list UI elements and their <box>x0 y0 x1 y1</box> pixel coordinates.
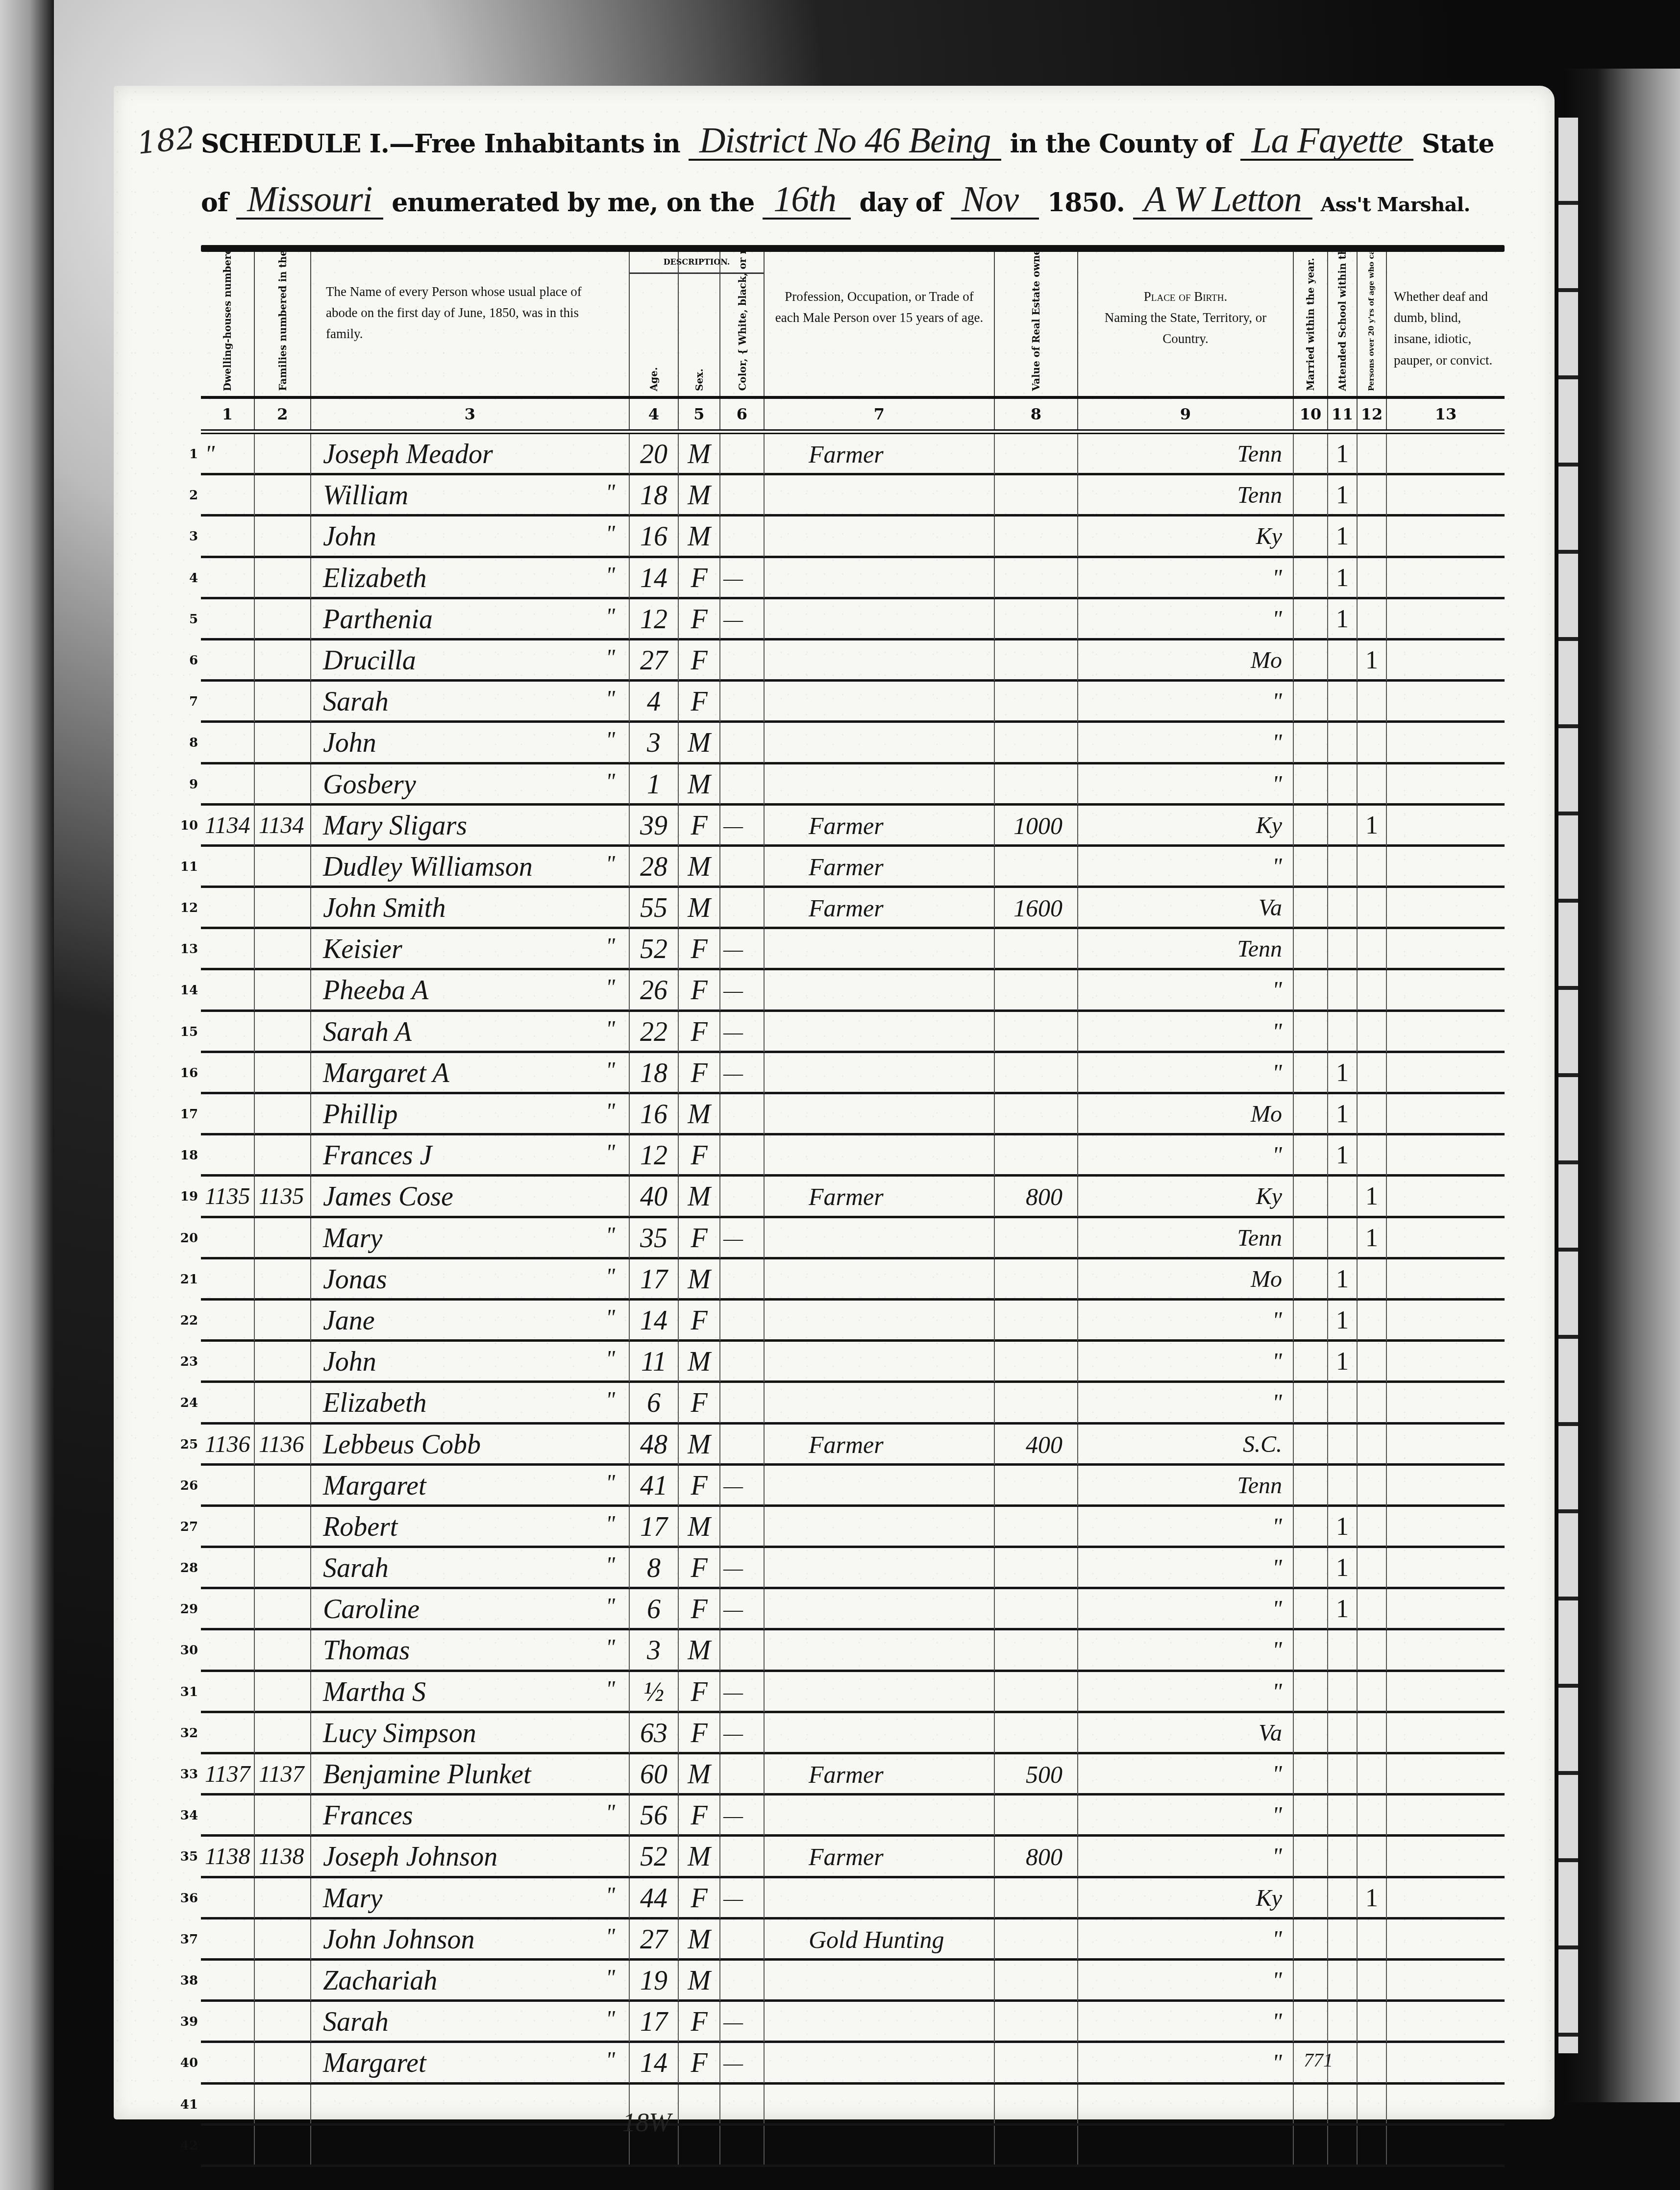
sex-cell: F <box>679 558 720 598</box>
family-cell <box>255 1094 311 1134</box>
real-estate-cell <box>995 2043 1078 2083</box>
table-row: 27 Robert" 17 M " 1 <box>201 1507 1505 1548</box>
occupation-cell <box>765 2043 995 2083</box>
name-cell: Margaret" <box>311 2043 630 2083</box>
color-cell: — <box>720 2043 765 2083</box>
line-number: 9 <box>178 764 198 805</box>
birthplace-cell: " <box>1078 1961 1294 2001</box>
illiterate-cell <box>1358 1961 1387 2001</box>
sex-cell: F <box>679 1218 720 1258</box>
married-cell <box>1294 1301 1328 1341</box>
ditto-mark: " <box>606 1050 615 1090</box>
school-cell <box>1328 1837 1358 1877</box>
school-cell <box>1328 1961 1358 2001</box>
married-cell <box>1294 847 1328 887</box>
dwelling-cell: 14 <box>201 970 255 1010</box>
table-row: 15 Sarah A" 22 F — " <box>201 1012 1505 1053</box>
header-illiterate: Persons over 20 y'rs of age who cannot r… <box>1358 252 1387 396</box>
col-num: 3 <box>311 399 630 429</box>
person-name: Zachariah <box>323 1966 437 1996</box>
birthplace-cell <box>1078 2085 1294 2123</box>
age-cell: 4 <box>630 682 679 722</box>
color-cell: — <box>720 929 765 969</box>
school-cell <box>1328 2126 1358 2165</box>
col-num: 8 <box>995 399 1078 429</box>
school-cell: 1 <box>1328 1135 1358 1176</box>
name-cell: Mary" <box>311 1218 630 1258</box>
sex-cell: F <box>679 1589 720 1629</box>
table-row: 13 Keisier" 52 F — Tenn <box>201 929 1505 970</box>
family-cell <box>255 434 311 474</box>
color-cell <box>720 2126 765 2165</box>
header-description: DESCRIPTION. Age. Sex. Color, { White, b… <box>630 252 765 396</box>
name-cell: Gosbery" <box>311 764 630 805</box>
family-cell <box>255 1342 311 1382</box>
sex-cell: M <box>679 847 720 887</box>
dwelling-cell: 251136 <box>201 1425 255 1465</box>
disability-cell <box>1387 1548 1505 1588</box>
school-cell <box>1328 640 1358 681</box>
disability-cell <box>1387 847 1505 887</box>
age-cell: 39 <box>630 806 679 846</box>
birthplace-cell: " <box>1078 1053 1294 1093</box>
family-cell <box>255 1589 311 1629</box>
month-field: Nov <box>951 181 1039 220</box>
disability-cell <box>1387 640 1505 681</box>
col-num: 12 <box>1358 399 1387 429</box>
line-number: 33 <box>178 1754 198 1795</box>
family-cell <box>255 1878 311 1919</box>
table-row: 41 <box>201 2085 1505 2126</box>
table-row: 12 John Smith 55 M Farmer 1600 Va <box>201 888 1505 929</box>
color-cell: — <box>720 2002 765 2042</box>
header-school: Attended School within the year. <box>1328 252 1358 396</box>
person-name: Margaret <box>323 2048 426 2078</box>
occupation-cell <box>765 475 995 516</box>
age-cell: 60 <box>630 1754 679 1795</box>
table-row: 4 Elizabeth" 14 F — " 1 <box>201 558 1505 599</box>
school-cell: 1 <box>1328 1507 1358 1547</box>
occupation-cell: Farmer <box>765 806 995 846</box>
marshal-title: Ass't Marshal. <box>1321 193 1470 216</box>
color-cell <box>720 475 765 516</box>
color-cell <box>720 1301 765 1341</box>
birthplace-cell: " <box>1078 1754 1294 1795</box>
dwelling-cell: 37 <box>201 1919 255 1960</box>
married-cell <box>1294 1507 1328 1547</box>
color-cell <box>720 1507 765 1547</box>
married-cell <box>1294 434 1328 474</box>
table-row: 17 Phillip" 16 M Mo 1 <box>201 1094 1505 1135</box>
illiterate-cell <box>1358 1466 1387 1506</box>
ditto-mark: " <box>606 1215 615 1255</box>
birthplace-cell: Ky <box>1078 806 1294 846</box>
line-number: 19 <box>178 1177 198 1217</box>
name-cell: Drucilla" <box>311 640 630 681</box>
name-cell: Parthenia" <box>311 599 630 640</box>
age-cell: 56 <box>630 1796 679 1836</box>
dwelling-cell: 28 <box>201 1548 255 1588</box>
age-cell: 52 <box>630 1837 679 1877</box>
table-header: Dwelling-houses numbered in the order of… <box>201 252 1505 399</box>
disability-cell <box>1387 806 1505 846</box>
birthplace-title: Place of Birth. <box>1085 286 1286 307</box>
illiterate-cell <box>1358 1796 1387 1836</box>
table-row: 23 John" 11 M " 1 <box>201 1342 1505 1383</box>
name-cell: John" <box>311 723 630 763</box>
name-cell: Joseph Johnson <box>311 1837 630 1877</box>
real-estate-cell <box>995 1919 1078 1960</box>
married-cell <box>1294 682 1328 722</box>
sex-cell <box>679 2085 720 2123</box>
enumerated-label: enumerated by me, on the <box>392 188 754 218</box>
married-cell <box>1294 1713 1328 1753</box>
school-cell: 1 <box>1328 1094 1358 1134</box>
married-cell <box>1294 1342 1328 1382</box>
person-name: Dudley Williamson <box>323 852 533 882</box>
school-cell <box>1328 1630 1358 1671</box>
color-cell <box>720 1135 765 1176</box>
school-cell <box>1328 970 1358 1010</box>
illiterate-cell <box>1358 1713 1387 1753</box>
sex-cell: F <box>679 1878 720 1919</box>
illiterate-cell <box>1358 1672 1387 1712</box>
name-cell: Thomas" <box>311 1630 630 1671</box>
line-number: 24 <box>178 1383 198 1423</box>
name-cell: Frances" <box>311 1796 630 1836</box>
schedule-label: SCHEDULE I.—Free Inhabitants in <box>201 129 680 159</box>
birthplace-cell: Mo <box>1078 1094 1294 1134</box>
header-color: Color, { White, black, or mulatto. <box>720 252 765 396</box>
adjacent-page-edge <box>1558 118 1578 2053</box>
occupation-cell <box>765 640 995 681</box>
family-cell: 1136 <box>255 1425 311 1465</box>
disability-cell <box>1387 1837 1505 1877</box>
dwelling-cell: 20 <box>201 1218 255 1258</box>
family-cell <box>255 764 311 805</box>
line-number: 21 <box>178 1259 198 1300</box>
birthplace-cell: " <box>1078 1919 1294 1960</box>
family-cell <box>255 970 311 1010</box>
occupation-cell <box>765 1507 995 1547</box>
school-cell <box>1328 1878 1358 1919</box>
person-name: John <box>323 521 376 552</box>
real-estate-cell <box>995 1135 1078 1176</box>
col-num: 5 <box>679 399 720 429</box>
color-cell: — <box>720 1218 765 1258</box>
occupation-cell: Farmer <box>765 1177 995 1217</box>
occupation-cell <box>765 1342 995 1382</box>
line-number: 32 <box>178 1713 198 1753</box>
name-cell: Mary Sligars <box>311 806 630 846</box>
real-estate-cell <box>995 1259 1078 1300</box>
dwelling-cell: 16 <box>201 1053 255 1093</box>
family-cell <box>255 1919 311 1960</box>
line-number: 28 <box>178 1548 198 1588</box>
school-cell <box>1328 1177 1358 1217</box>
line-number: 39 <box>178 2002 198 2042</box>
illiterate-cell <box>1358 2043 1387 2083</box>
birthplace-cell: " <box>1078 1672 1294 1712</box>
color-cell <box>720 1919 765 1960</box>
ditto-mark: " <box>606 514 615 554</box>
person-name: John Johnson <box>323 1924 475 1955</box>
color-cell: — <box>720 1053 765 1093</box>
bottom-mark: 18W <box>622 2107 671 2138</box>
dwelling-cell: 351138 <box>201 1837 255 1877</box>
sex-cell: F <box>679 1796 720 1836</box>
birthplace-cell: " <box>1078 1796 1294 1836</box>
disability-cell <box>1387 1301 1505 1341</box>
ditto-mark: " <box>606 1091 615 1132</box>
family-cell <box>255 1548 311 1588</box>
family-cell <box>255 1630 311 1671</box>
age-cell: 6 <box>630 1383 679 1423</box>
dwelling-cell: 5 <box>201 599 255 640</box>
line-number: 17 <box>178 1094 198 1134</box>
occupation-cell: Farmer <box>765 1425 995 1465</box>
dwelling-cell: 12 <box>201 888 255 928</box>
color-cell <box>720 2085 765 2123</box>
real-estate-cell: 1600 <box>995 888 1078 928</box>
color-cell <box>720 682 765 722</box>
illiterate-cell <box>1358 1012 1387 1052</box>
col-num: 6 <box>720 399 765 429</box>
family-cell: 1138 <box>255 1837 311 1877</box>
real-estate-cell <box>995 517 1078 557</box>
dwelling-cell: 31 <box>201 1672 255 1712</box>
dwelling-cell: 41 <box>201 2085 255 2123</box>
family-cell <box>255 1507 311 1547</box>
birthplace-subtitle: Naming the State, Territory, or Country. <box>1085 307 1286 349</box>
birthplace-cell: " <box>1078 2043 1294 2083</box>
real-estate-cell <box>995 1713 1078 1753</box>
family-cell <box>255 1012 311 1052</box>
real-estate-cell <box>995 1053 1078 1093</box>
occupation-cell: Farmer <box>765 434 995 474</box>
real-estate-cell <box>995 929 1078 969</box>
person-name: John Smith <box>323 893 445 923</box>
illiterate-cell: 1 <box>1358 806 1387 846</box>
age-cell: 1 <box>630 764 679 805</box>
school-cell <box>1328 1425 1358 1465</box>
school-cell: 1 <box>1328 517 1358 557</box>
illiterate-cell <box>1358 847 1387 887</box>
sex-cell: M <box>679 1919 720 1960</box>
table-row: 39 Sarah" 17 F — " <box>201 2002 1505 2043</box>
age-cell: 48 <box>630 1425 679 1465</box>
family-cell: 1137 <box>255 1754 311 1795</box>
person-name: Jane <box>323 1305 375 1336</box>
occupation-cell <box>765 1094 995 1134</box>
age-cell: 44 <box>630 1878 679 1919</box>
person-name: Frances <box>323 1800 413 1831</box>
school-cell <box>1328 929 1358 969</box>
birthplace-cell: Mo <box>1078 1259 1294 1300</box>
color-cell <box>720 888 765 928</box>
birthplace-cell <box>1078 2126 1294 2165</box>
birthplace-cell: Tenn <box>1078 1218 1294 1258</box>
real-estate-cell <box>995 1548 1078 1588</box>
dwelling-cell: 7 <box>201 682 255 722</box>
table-row: 37 John Johnson" 27 M Gold Hunting " <box>201 1919 1505 1961</box>
line-number: 1 <box>178 434 198 474</box>
color-cell <box>720 517 765 557</box>
ditto-mark: " <box>606 720 615 760</box>
dwelling-cell: 40 <box>201 2043 255 2083</box>
disability-cell <box>1387 2126 1505 2165</box>
person-name: James Cose <box>323 1181 453 1212</box>
sex-cell: M <box>679 888 720 928</box>
table-row: 21 Jonas" 17 M Mo 1 <box>201 1259 1505 1301</box>
married-cell <box>1294 640 1328 681</box>
married-cell <box>1294 1012 1328 1052</box>
birthplace-cell: " <box>1078 558 1294 598</box>
sex-cell: M <box>679 1754 720 1795</box>
line-number: 23 <box>178 1342 198 1382</box>
name-cell: Elizabeth" <box>311 558 630 598</box>
illiterate-cell <box>1358 1630 1387 1671</box>
married-cell <box>1294 929 1328 969</box>
schedule-title-line-1: SCHEDULE I.—Free Inhabitants in District… <box>201 123 1494 161</box>
color-cell <box>720 1425 765 1465</box>
color-cell <box>720 723 765 763</box>
disability-cell <box>1387 1425 1505 1465</box>
table-row: 26 Margaret" 41 F — Tenn <box>201 1466 1505 1507</box>
occupation-cell <box>765 1012 995 1052</box>
table-row: 101134 1134 Mary Sligars 39 F — Farmer 1… <box>201 806 1505 847</box>
real-estate-cell <box>995 1342 1078 1382</box>
school-cell: 1 <box>1328 599 1358 640</box>
name-cell: Elizabeth" <box>311 1383 630 1423</box>
real-estate-cell <box>995 1094 1078 1134</box>
color-cell <box>720 1630 765 1671</box>
line-number: 40 <box>178 2043 198 2083</box>
disability-cell <box>1387 1466 1505 1506</box>
occupation-cell <box>765 929 995 969</box>
illiterate-cell <box>1358 558 1387 598</box>
school-cell <box>1328 1466 1358 1506</box>
ditto-mark: " <box>606 967 615 1008</box>
person-name: Mary Sligars <box>323 811 467 841</box>
occupation-cell <box>765 1961 995 2001</box>
ditto-mark: " <box>606 555 615 595</box>
sex-cell: F <box>679 2043 720 2083</box>
illiterate-cell <box>1358 723 1387 763</box>
name-cell <box>311 2126 630 2165</box>
family-cell <box>255 1053 311 1093</box>
real-estate-cell <box>995 475 1078 516</box>
birthplace-cell: " <box>1078 1301 1294 1341</box>
person-name: Sarah <box>323 2007 389 2037</box>
sex-cell: F <box>679 1383 720 1423</box>
color-cell <box>720 1342 765 1382</box>
sex-cell: M <box>679 723 720 763</box>
color-cell <box>720 640 765 681</box>
birthplace-cell: Va <box>1078 888 1294 928</box>
sex-cell: M <box>679 1259 720 1300</box>
age-cell: ½ <box>630 1672 679 1712</box>
line-number: 26 <box>178 1466 198 1506</box>
occupation-cell <box>765 1672 995 1712</box>
married-cell <box>1294 2126 1328 2165</box>
occupation-cell <box>765 1548 995 1588</box>
disability-cell <box>1387 1094 1505 1134</box>
line-number: 30 <box>178 1630 198 1671</box>
illiterate-cell: 1 <box>1358 1218 1387 1258</box>
illiterate-cell <box>1358 682 1387 722</box>
age-cell: 18 <box>630 1053 679 1093</box>
line-number: 2 <box>178 475 198 516</box>
dwelling-cell: 101134 <box>201 806 255 846</box>
scan-left-edge <box>0 0 54 2190</box>
table-row: 5 Parthenia" 12 F — " 1 <box>201 599 1505 640</box>
line-number: 37 <box>178 1919 198 1960</box>
dwelling-cell: 2 <box>201 475 255 516</box>
name-cell: William" <box>311 475 630 516</box>
name-cell: Lucy Simpson <box>311 1713 630 1753</box>
age-cell: 40 <box>630 1177 679 1217</box>
sex-cell: F <box>679 1466 720 1506</box>
illiterate-cell <box>1358 517 1387 557</box>
ditto-mark: " <box>606 472 615 513</box>
married-cell <box>1294 1425 1328 1465</box>
age-cell: 27 <box>630 640 679 681</box>
sex-cell: F <box>679 640 720 681</box>
married-cell <box>1294 1177 1328 1217</box>
dwelling-cell: 29 <box>201 1589 255 1629</box>
ditto-mark: " <box>606 1958 615 1998</box>
occupation-cell <box>765 1713 995 1753</box>
school-cell: 1 <box>1328 475 1358 516</box>
margin-page-number: 182 <box>136 120 197 161</box>
illiterate-cell <box>1358 1259 1387 1300</box>
disability-cell <box>1387 1754 1505 1795</box>
name-cell: Jonas" <box>311 1259 630 1300</box>
age-cell: 3 <box>630 723 679 763</box>
marshal-signature: A W Letton <box>1133 181 1312 220</box>
dwelling-number: 1136 <box>205 1431 250 1457</box>
dwelling-cell: 191135 <box>201 1177 255 1217</box>
school-cell <box>1328 682 1358 722</box>
age-cell: 3 <box>630 1630 679 1671</box>
table-row: 16 Margaret A" 18 F — " 1 <box>201 1053 1505 1094</box>
real-estate-cell <box>995 599 1078 640</box>
person-name: Drucilla <box>323 645 416 676</box>
married-cell <box>1294 2085 1328 2123</box>
disability-cell <box>1387 599 1505 640</box>
age-cell: 14 <box>630 558 679 598</box>
dwelling-cell: 36 <box>201 1878 255 1919</box>
table-row: 331137 1137 Benjamine Plunket 60 M Farme… <box>201 1754 1505 1796</box>
dwelling-cell: 34 <box>201 1796 255 1836</box>
birthplace-cell: " <box>1078 970 1294 1010</box>
family-cell <box>255 2043 311 2083</box>
school-cell <box>1328 764 1358 805</box>
birthplace-cell: " <box>1078 1548 1294 1588</box>
illiterate-cell <box>1358 1425 1387 1465</box>
name-cell: Mary" <box>311 1878 630 1919</box>
married-cell <box>1294 599 1328 640</box>
color-cell <box>720 1961 765 2001</box>
illiterate-cell: 1 <box>1358 1878 1387 1919</box>
color-cell: — <box>720 558 765 598</box>
person-name: Gosbery <box>323 769 416 800</box>
married-cell <box>1294 1135 1328 1176</box>
married-cell <box>1294 723 1328 763</box>
age-cell: 12 <box>630 599 679 640</box>
color-cell: — <box>720 599 765 640</box>
